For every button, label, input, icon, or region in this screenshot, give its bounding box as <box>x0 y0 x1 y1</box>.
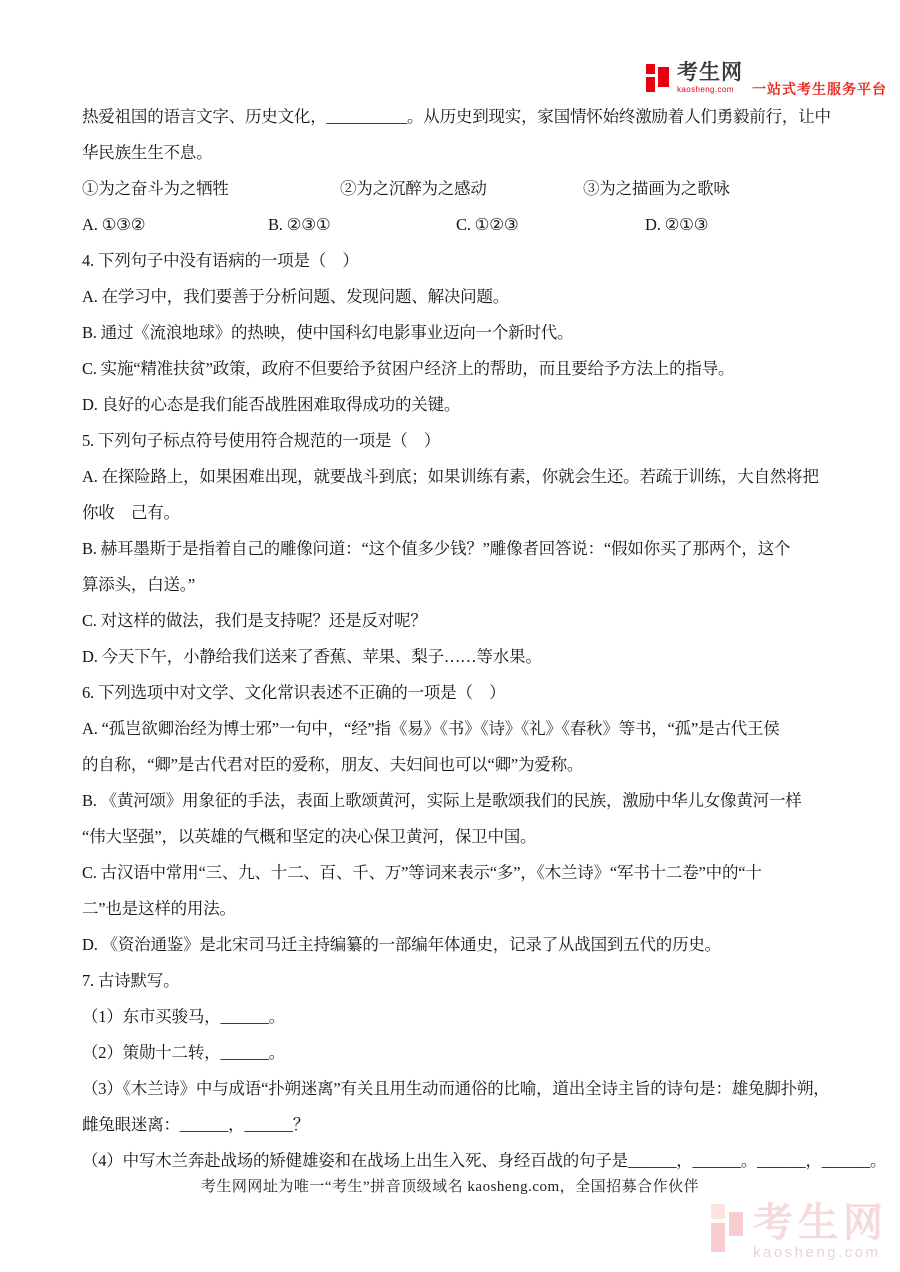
sentence-options-row: ①为之奋斗为之牺牲 ②为之沉醉为之感动 ③为之描画为之歌咏 <box>82 171 882 207</box>
exam-text-line: 华民族生生不息。 <box>82 135 882 171</box>
answer-option: B. ②③① <box>268 207 330 243</box>
site-header: 考生网 kaosheng.com 一站式考生服务平台 <box>646 62 887 99</box>
exam-text-line: 4. 下列句子中没有语病的一项是（ ） <box>82 243 882 279</box>
exam-text-line: 7. 古诗默写。 <box>82 963 882 999</box>
answer-option: C. ①②③ <box>456 207 518 243</box>
exam-text-line: D. 良好的心态是我们能否战胜困难取得成功的关键。 <box>82 387 882 423</box>
logo-domain-text: kaosheng.com <box>677 85 743 94</box>
kaosheng-watermark-icon <box>711 1202 743 1256</box>
watermark-domain-text: kaosheng.com <box>753 1244 888 1261</box>
exam-text-line: D. 《资治通鉴》是北宋司马迁主持编纂的一部编年体通史，记录了从战国到五代的历史… <box>82 927 882 963</box>
exam-text-line: （2）策勋十二转，______。 <box>82 1035 882 1071</box>
watermark-brand-name: 考生网 <box>753 1202 888 1244</box>
exam-text-line: 你收 己有。 <box>82 495 882 531</box>
exam-text-line: 热爱祖国的语言文字、历史文化，__________。从历史到现实，家国情怀始终激… <box>82 99 882 135</box>
exam-text-line: （1）东市买骏马，______。 <box>82 999 882 1035</box>
logo-text: 考生网 kaosheng.com <box>677 62 743 95</box>
sentence-option: ①为之奋斗为之牺牲 <box>82 171 229 207</box>
exam-text-line: C. 实施“精准扶贫”政策，政府不但要给予贫困户经济上的帮助，而且要给予方法上的… <box>82 351 882 387</box>
exam-text-line: B. 赫耳墨斯于是指着自己的雕像问道：“这个值多少钱？”雕像者回答说：“假如你买… <box>82 531 882 567</box>
exam-text-line: C. 古汉语中常用“三、九、十二、百、千、万”等词来表示“多”，《木兰诗》“军书… <box>82 855 882 891</box>
sentence-option: ②为之沉醉为之感动 <box>340 171 487 207</box>
logo-brand-name: 考生网 <box>677 62 743 84</box>
exam-text-line: 5. 下列句子标点符号使用符合规范的一项是（ ） <box>82 423 882 459</box>
exam-text-line: 二”也是这样的用法。 <box>82 891 882 927</box>
exam-text-line: A. “孤岂欲卿治经为博士邪”一句中，“经”指《易》《书》《诗》《礼》《春秋》等… <box>82 711 882 747</box>
exam-text-line: （4）中写木兰奔赴战场的矫健雄姿和在战场上出生入死、身经百战的句子是______… <box>82 1143 882 1179</box>
watermark-text: 考生网 kaosheng.com <box>753 1202 888 1261</box>
answer-options-row: A. ①③② B. ②③① C. ①②③ D. ②①③ <box>82 207 882 243</box>
page-footer: 考生网网址为唯一“考生”拼音顶级域名 kaosheng.com，全国招募合作伙伴 <box>0 1175 900 1196</box>
exam-text-line: 算添头，白送。” <box>82 567 882 603</box>
exam-text-line: A. 在探险路上，如果困难出现，就要战斗到底；如果训练有素，你就会生还。若疏于训… <box>82 459 882 495</box>
exam-text-line: C. 对这样的做法，我们是支持呢？还是反对呢？ <box>82 603 882 639</box>
exam-text-line: （3）《木兰诗》中与成语“扑朔迷离”有关且用生动而通俗的比喻，道出全诗主旨的诗句… <box>82 1071 882 1107</box>
kaosheng-watermark: 考生网 kaosheng.com <box>711 1202 888 1261</box>
exam-text-line: B. 通过《流浪地球》的热映，使中国科幻电影事业迈向一个新时代。 <box>82 315 882 351</box>
exam-text-line: 的自称，“卿”是古代君对臣的爱称，朋友、夫妇间也可以“卿”为爱称。 <box>82 747 882 783</box>
exam-text-line: 6. 下列选项中对文学、文化常识表述不正确的一项是（ ） <box>82 675 882 711</box>
exam-text-line: 雌兔眼迷离：______，______？ <box>82 1107 882 1143</box>
exam-text-line: D. 今天下午，小静给我们送来了香蕉、苹果、梨子……等水果。 <box>82 639 882 675</box>
answer-option: D. ②①③ <box>645 207 708 243</box>
exam-text-line: A. 在学习中，我们要善于分析问题、发现问题、解决问题。 <box>82 279 882 315</box>
exam-text-line: “伟大坚强”，以英雄的气概和坚定的决心保卫黄河，保卫中国。 <box>82 819 882 855</box>
exam-text-line: B. 《黄河颂》用象征的手法，表面上歌颂黄河，实际上是歌颂我们的民族，激励中华儿… <box>82 783 882 819</box>
exam-content: 热爱祖国的语言文字、历史文化，__________。从历史到现实，家国情怀始终激… <box>82 99 882 1179</box>
sentence-option: ③为之描画为之歌咏 <box>583 171 730 207</box>
kaosheng-logo-icon <box>646 62 673 95</box>
footer-text: 考生网网址为唯一“考生”拼音顶级域名 kaosheng.com，全国招募合作伙伴 <box>201 1179 699 1195</box>
answer-option: A. ①③② <box>82 207 145 243</box>
logo-tagline: 一站式考生服务平台 <box>752 79 887 99</box>
kaosheng-logo: 考生网 kaosheng.com <box>646 62 743 95</box>
